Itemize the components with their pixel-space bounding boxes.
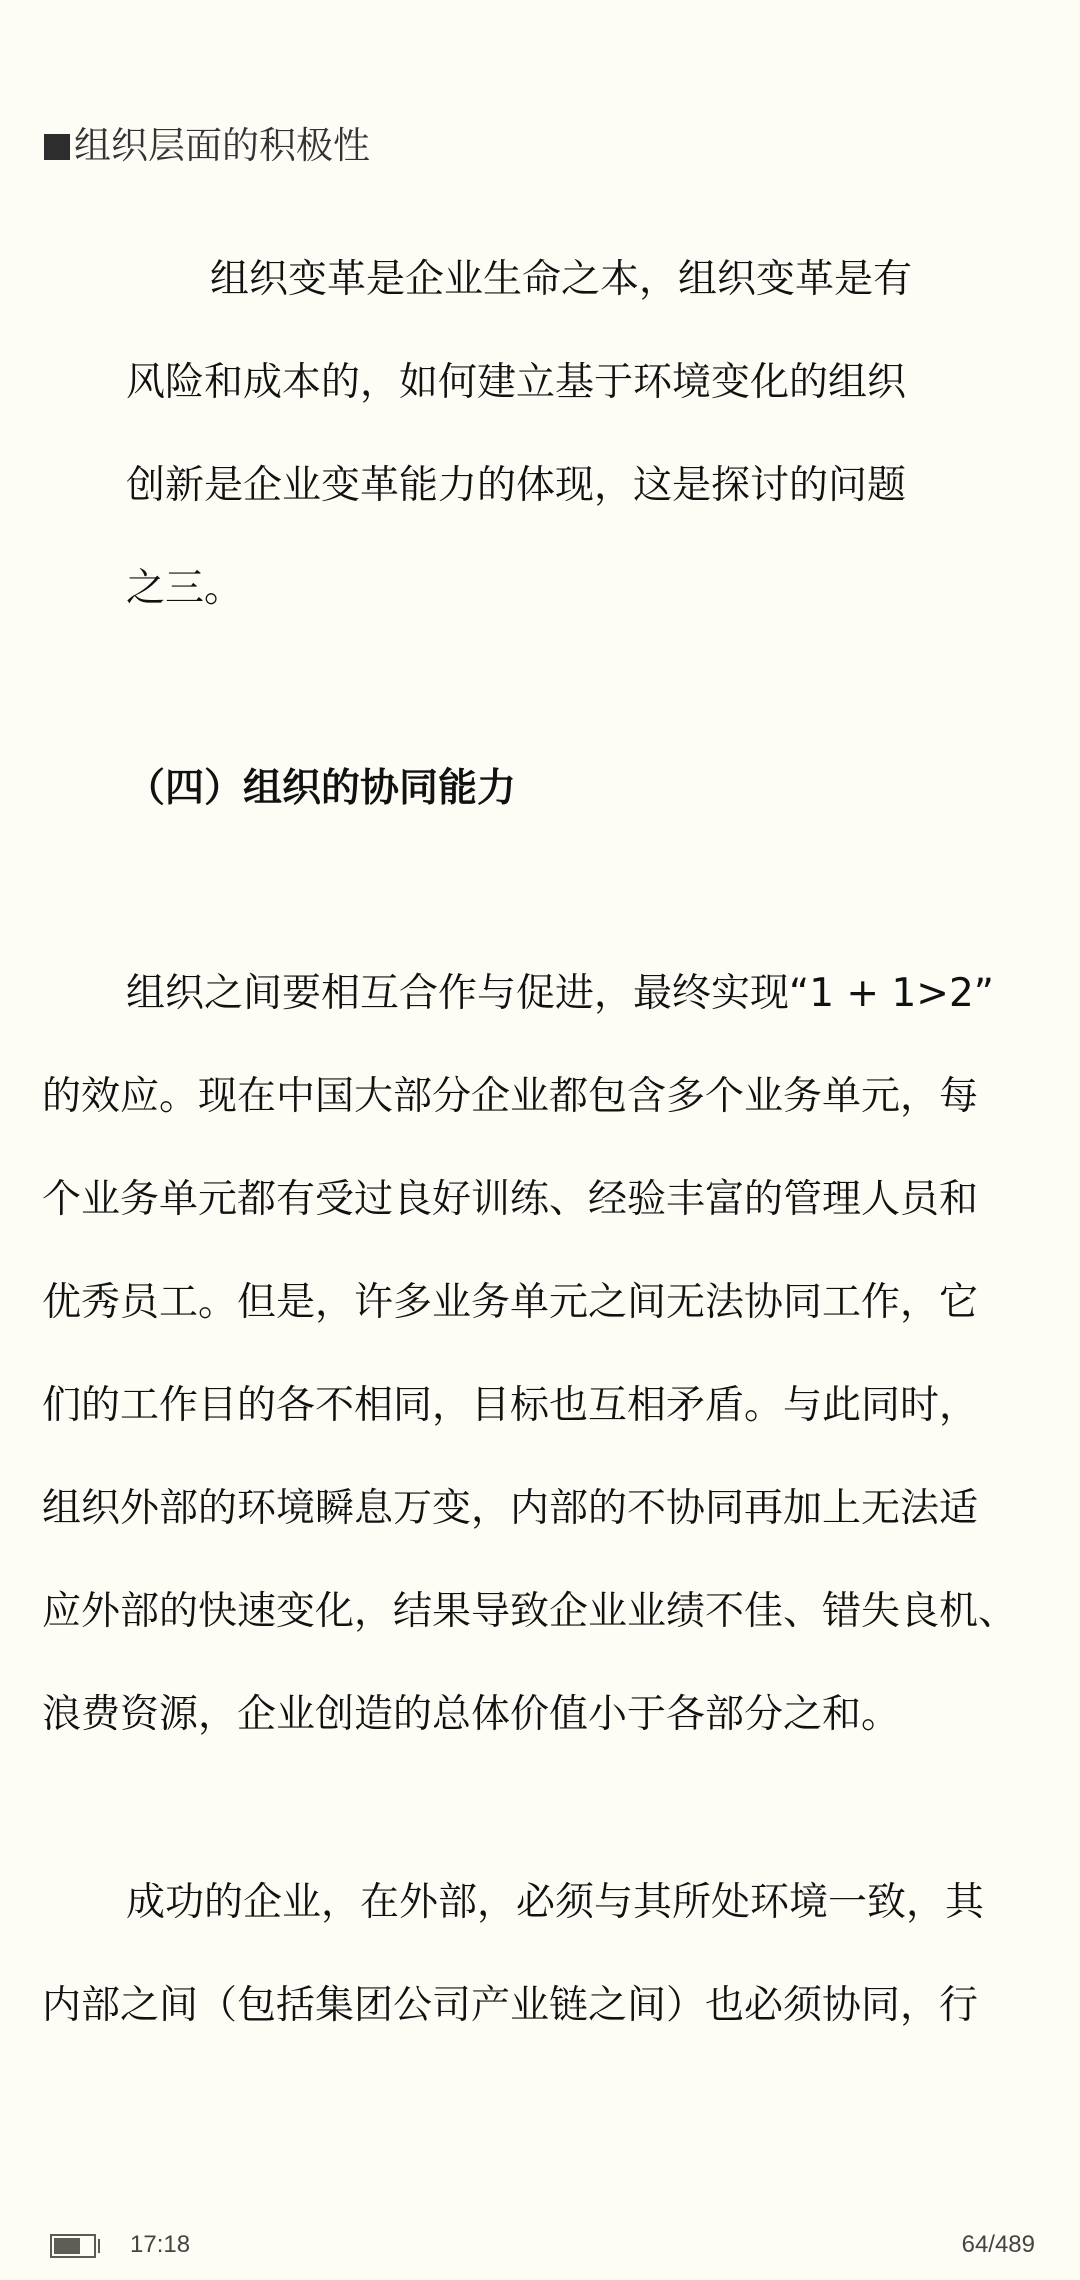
text-line: 们的工作目的各不相同，目标也互相矛盾。与此同时， [42, 1354, 1042, 1457]
subheading-text: 组织层面的积极性 [74, 122, 370, 170]
battery-tip [98, 2239, 100, 2253]
text-line: 组织之间要相互合作与促进，最终实现“1 + 1>2” [42, 942, 1042, 1045]
text-line: 个业务单元都有受过良好训练、经验丰富的管理人员和 [42, 1148, 1042, 1251]
battery-icon [50, 2234, 96, 2258]
subheading: 组织层面的积极性 [44, 122, 370, 170]
text-line: 之三。 [126, 537, 966, 640]
square-bullet-icon [44, 134, 70, 160]
text-line: 优秀员工。但是，许多业务单元之间无法协同工作，它 [42, 1251, 1042, 1354]
reader-page[interactable]: 组织层面的积极性 组织变革是企业生命之本，组织变革是有 风险和成本的，如何建立基… [0, 0, 1080, 2200]
quote-block: 组织变革是企业生命之本，组织变革是有 风险和成本的，如何建立基于环境变化的组织 … [126, 228, 966, 640]
page-counter: 64/489 [962, 2230, 1035, 2260]
text-line: 成功的企业，在外部，必须与其所处环境一致，其 [42, 1851, 1042, 1954]
text-line: 组织外部的环境瞬息万变，内部的不协同再加上无法适 [42, 1457, 1042, 1560]
text-line: 创新是企业变革能力的体现，这是探讨的问题 [126, 434, 966, 537]
text-line: 风险和成本的，如何建立基于环境变化的组织 [126, 331, 966, 434]
text-line: 浪费资源，企业创造的总体价值小于各部分之和。 [42, 1663, 1042, 1766]
text-line: 应外部的快速变化，结果导致企业业绩不佳、错失良机、 [42, 1560, 1042, 1663]
paragraph: 成功的企业，在外部，必须与其所处环境一致，其 内部之间（包括集团公司产业链之间）… [42, 1851, 1042, 2057]
section-title: （四）组织的协同能力 [126, 760, 516, 818]
text-line: 内部之间（包括集团公司产业链之间）也必须协同，行 [42, 1954, 1042, 2057]
paragraph: 组织之间要相互合作与促进，最终实现“1 + 1>2” 的效应。现在中国大部分企业… [42, 942, 1042, 1766]
text-line: 的效应。现在中国大部分企业都包含多个业务单元，每 [42, 1045, 1042, 1148]
text-line: 组织变革是企业生命之本，组织变革是有 [126, 228, 966, 331]
clock: 17:18 [130, 2230, 190, 2260]
battery-level-fill [54, 2238, 80, 2254]
